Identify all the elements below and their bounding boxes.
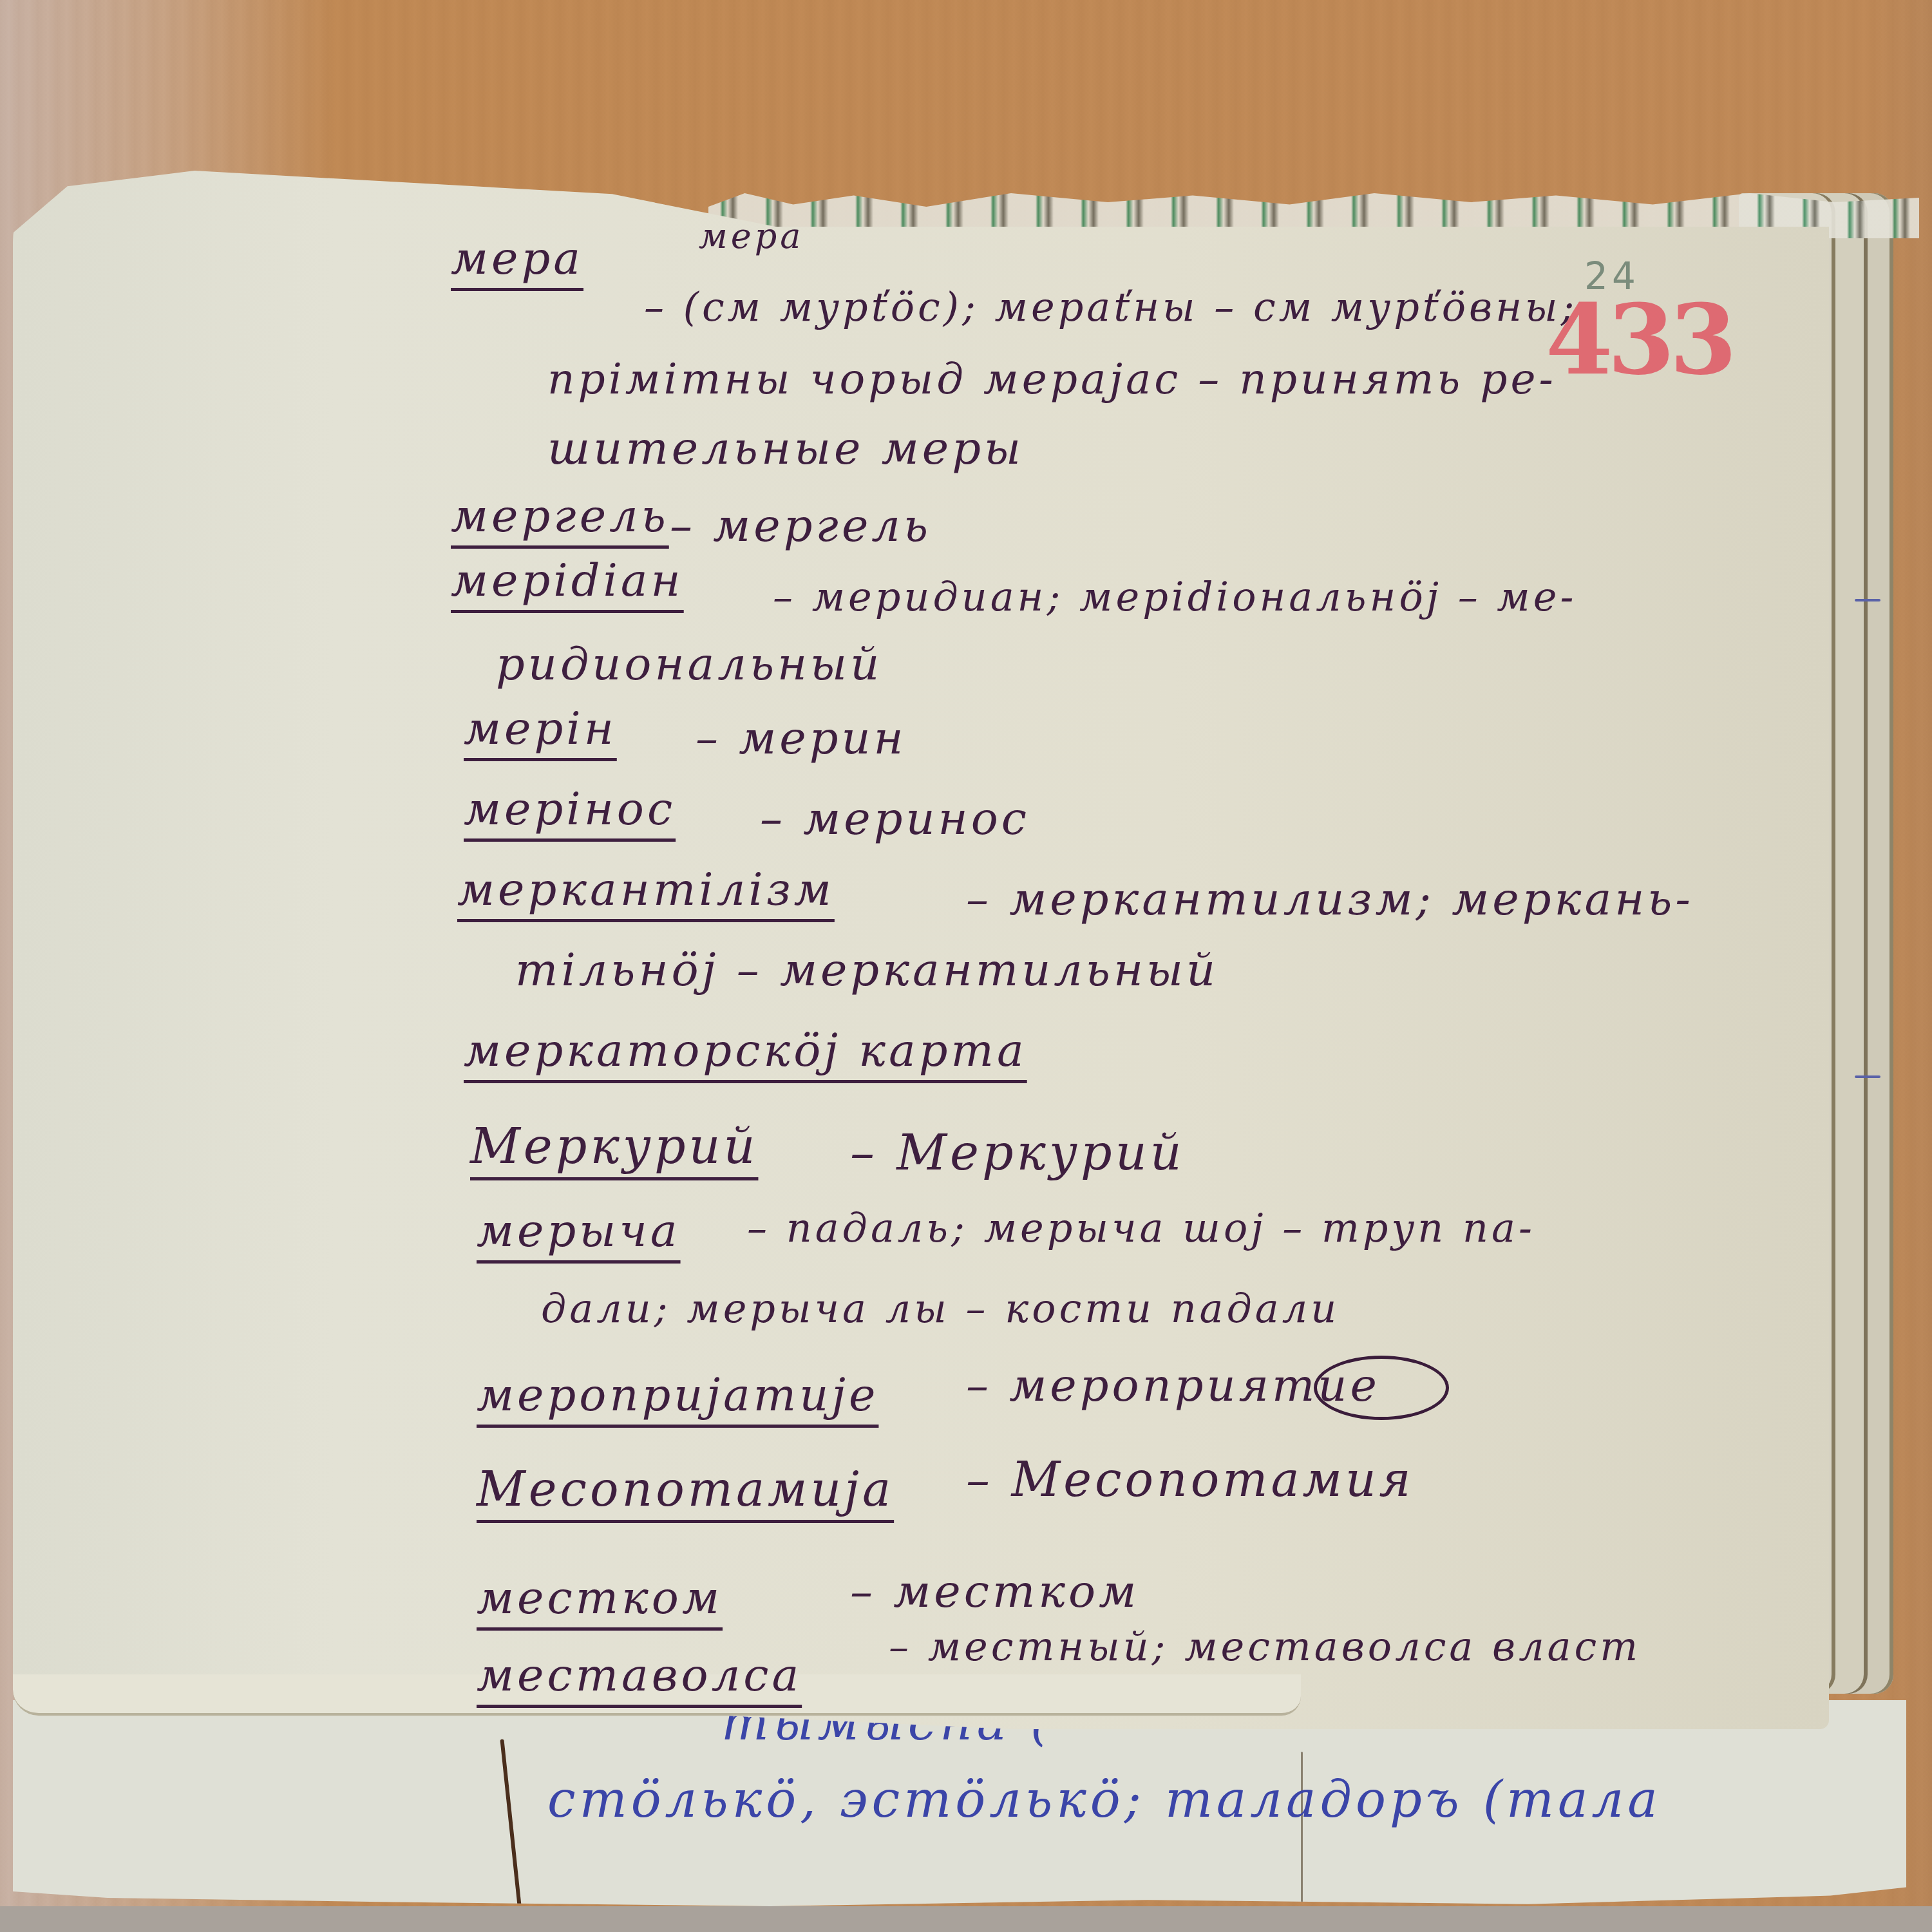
entry-text: – местком	[850, 1565, 1139, 1618]
entry-text: ридиональный	[496, 638, 882, 690]
entry-text: – падаль; мерыча шој – труп па-	[747, 1204, 1535, 1251]
entry-text: прімітны чорыд мерајас – принять ре-	[547, 354, 1557, 404]
headword: мергель	[451, 489, 669, 542]
entry-text: тільнöј – меркантильный	[515, 943, 1218, 996]
page-tear	[500, 1739, 521, 1906]
lower-page: тымысна ( стöлькö, эстöлькö; таладоръ (т…	[13, 1700, 1906, 1913]
headword: меркаторскöј карта	[464, 1024, 1027, 1077]
headword: мера	[451, 232, 583, 285]
entry-text: – (см мурťöс); мераťны – см мурťöвны;	[644, 283, 1577, 330]
circled-correction	[1314, 1356, 1449, 1420]
headword: Месопотамија	[477, 1462, 894, 1517]
headword: мерін	[464, 702, 617, 755]
headword: меставолса	[477, 1649, 802, 1701]
lower-page-line-bottom: стöлькö, эстöлькö; таладоръ (тала	[547, 1771, 1662, 1829]
headword: Меркурий	[470, 1117, 758, 1175]
headword: мерыча	[477, 1204, 681, 1257]
entry-text: – меркантилизм; меркань-	[966, 873, 1694, 925]
superscript-correction: мера	[699, 216, 804, 256]
edge-ink-mark	[1855, 599, 1880, 601]
edge-ink-mark	[1855, 1075, 1880, 1078]
entry-text: – мерин	[696, 712, 907, 764]
headword: местком	[477, 1571, 723, 1624]
entry-text: – мергель	[670, 499, 931, 552]
entry-text: – меридиан; меріdіональнöј – ме-	[773, 573, 1577, 620]
entry-text: – Меркурий	[850, 1124, 1185, 1181]
headword: меріdіан	[451, 554, 684, 607]
headword: мерінос	[464, 782, 676, 835]
entry-text: дали; мерыча лы – кости падали	[541, 1285, 1340, 1332]
entry-text: – меринос	[760, 792, 1030, 845]
entry-text: – местный; меставолса власт	[889, 1623, 1641, 1670]
table-edge	[0, 1906, 1932, 1932]
headword: меркантілізм	[457, 863, 835, 916]
entry-text: – Месопотамия	[966, 1452, 1414, 1508]
entry-text: шительные меры	[547, 422, 1024, 475]
headword: меропријатије	[477, 1368, 878, 1421]
